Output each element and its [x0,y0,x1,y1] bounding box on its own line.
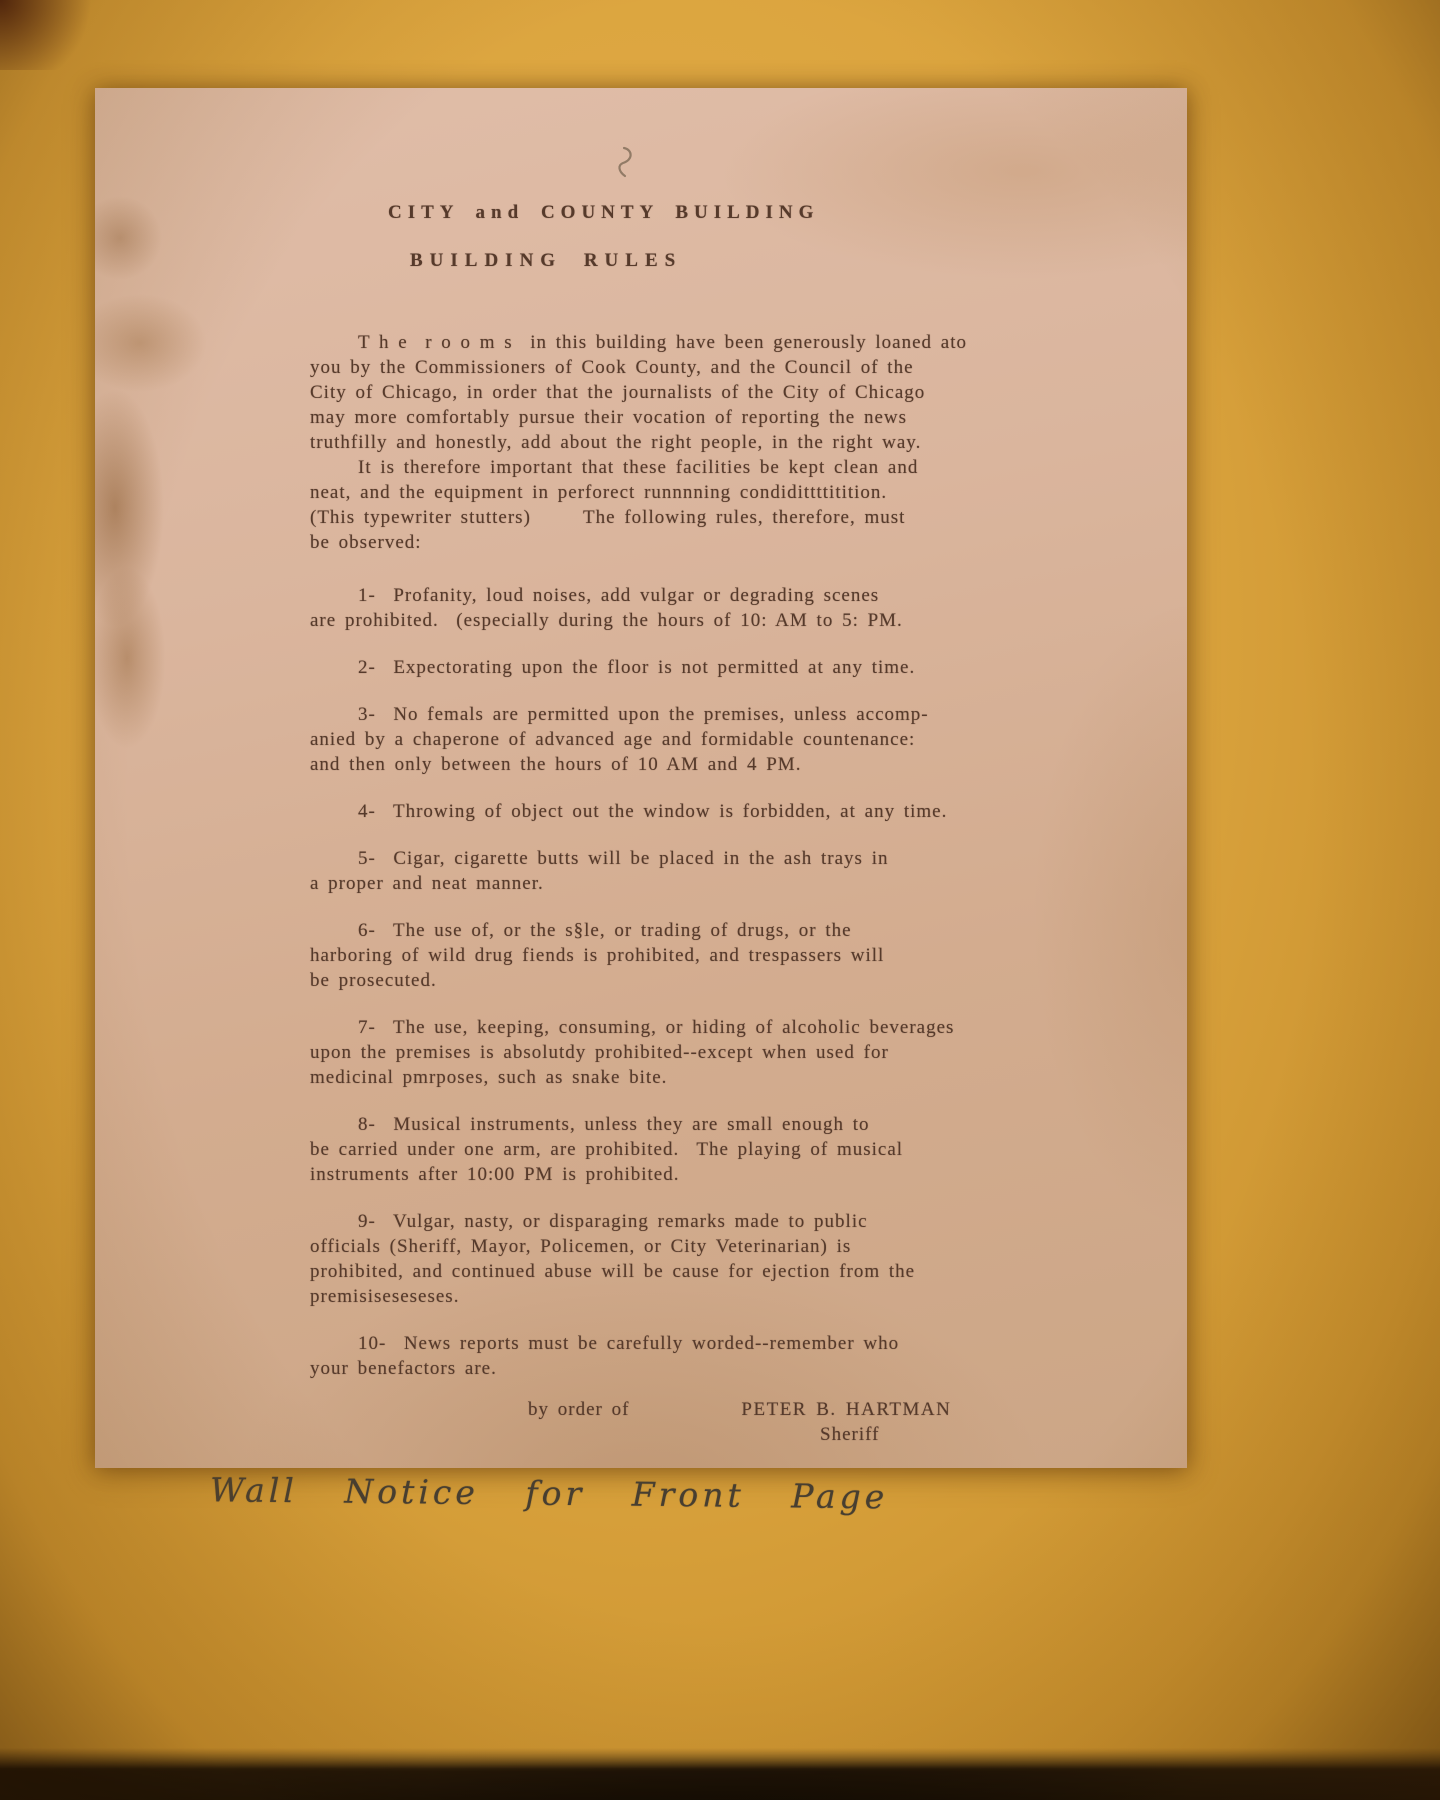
rule-item: 8- Musical instruments, unless they are … [310,1112,1065,1187]
intro-paragraph: T h e r o o m s in this building have be… [310,330,1065,455]
signatory-name: PETER B. HARTMAN [741,1397,951,1422]
typewritten-text-block: CITY and COUNTY BUILDING BUILDING RULES … [310,200,1065,1447]
signatory-title: Sheriff [820,1422,1065,1447]
pencil-squiggle-mark [612,146,638,178]
photo-corner-shadow [0,0,110,70]
photo-of-wall-notice: CITY and COUNTY BUILDING BUILDING RULES … [0,0,1440,1800]
rule-item: 5- Cigar, cigarette butts will be placed… [310,846,1065,896]
by-order-of-label: by order of [528,1397,629,1422]
intro-paragraph: It is therefore important that these fac… [310,455,1065,555]
rule-item: 1- Profanity, loud noises, add vulgar or… [310,583,1065,633]
photo-bottom-shadow [0,1748,1440,1800]
document-subtitle: BUILDING RULES [310,248,1065,274]
notice-paper: CITY and COUNTY BUILDING BUILDING RULES … [95,88,1187,1468]
rule-item: 10- News reports must be carefully worde… [310,1331,1065,1381]
rules-list: 1- Profanity, loud noises, add vulgar or… [310,583,1065,1381]
closing-line: by order of PETER B. HARTMAN [310,1397,1065,1422]
rule-item: 4- Throwing of object out the window is … [310,799,1065,824]
rule-item: 9- Vulgar, nasty, or disparaging remarks… [310,1209,1065,1309]
rule-item: 3- No femals are permitted upon the prem… [310,702,1065,777]
rule-item: 2- Expectorating upon the floor is not p… [310,655,1065,680]
handwritten-note: Wall Notice for Front Page [210,1470,930,1517]
document-title: CITY and COUNTY BUILDING [310,200,1065,226]
rule-item: 7- The use, keeping, consuming, or hidin… [310,1015,1065,1090]
rule-item: 6- The use of, or the s§le, or trading o… [310,918,1065,993]
